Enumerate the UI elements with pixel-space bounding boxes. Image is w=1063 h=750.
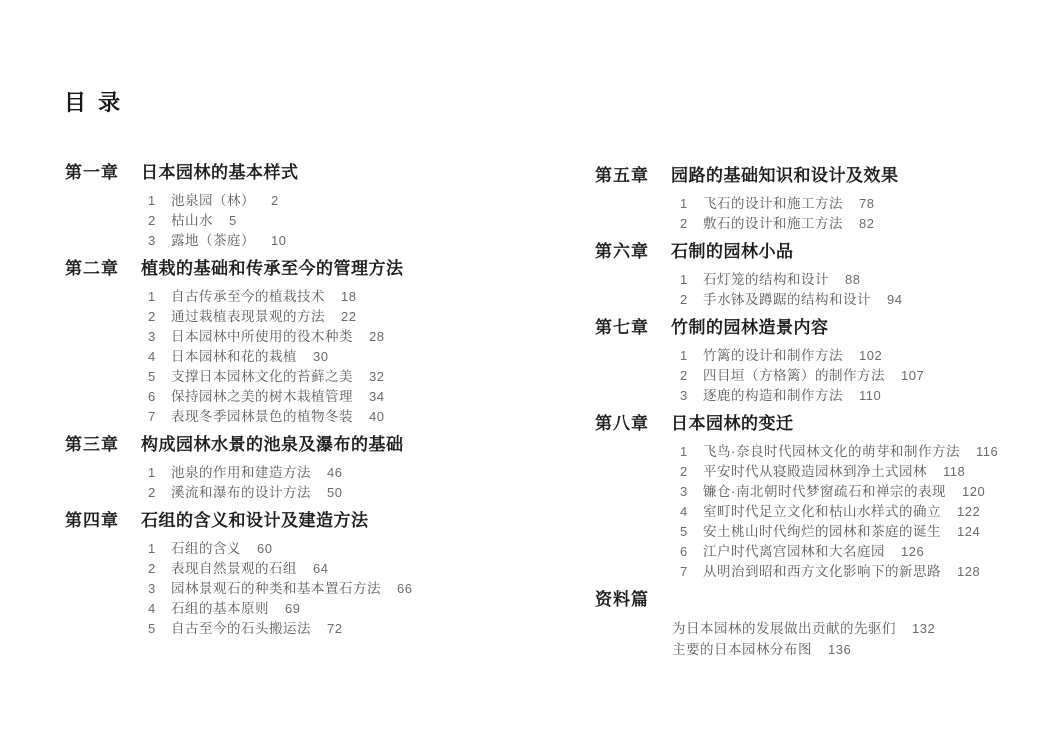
item-page-number: 18 [341,287,356,307]
toc-item: 1自古传承至今的植栽技术18 [148,287,540,307]
toc-section: 资料篇为日本园林的发展做出贡献的先驱们132主要的日本园林分布图136 [595,590,1060,660]
item-number: 2 [148,307,171,327]
item-text: 镰仓·南北朝时代梦窗疏石和禅宗的表现 [703,482,946,502]
item-page-number: 69 [285,599,300,619]
item-text: 石组的基本原则 [171,599,269,619]
toc-item: 3露地（茶庭）10 [148,231,540,251]
item-number: 1 [148,539,171,559]
item-page-number: 110 [859,386,881,406]
item-page-number: 118 [943,462,965,482]
item-page-number: 102 [859,346,882,366]
chapter-label: 第一章 [65,163,141,183]
item-text: 表现自然景观的石组 [171,559,297,579]
section-items: 1石组的含义602表现自然景观的石组643园林景观石的种类和基本置石方法664石… [65,539,540,639]
item-text: 石灯笼的结构和设计 [703,270,829,290]
section-items: 为日本园林的发展做出贡献的先驱们132主要的日本园林分布图136 [595,618,1060,660]
item-number: 2 [148,211,171,231]
chapter-title: 竹制的园林造景内容 [671,318,829,338]
section-items: 1池泉的作用和建造方法462溪流和瀑布的设计方法50 [65,463,540,503]
item-text: 枯山水 [171,211,213,231]
item-page-number: 122 [957,502,980,522]
item-page-number: 28 [369,327,384,347]
chapter-label: 资料篇 [595,590,671,610]
item-text: 飞鸟·奈良时代园林文化的萌芽和制作方法 [703,442,960,462]
item-page-number: 78 [859,194,874,214]
section-head: 第四章石组的含义和设计及建造方法 [65,511,540,531]
item-number: 4 [148,347,171,367]
toc-item: 5自古至今的石头搬运法72 [148,619,540,639]
item-number: 1 [680,270,703,290]
item-text: 敷石的设计和施工方法 [703,214,843,234]
item-text: 日本园林和花的栽植 [171,347,297,367]
item-page-number: 34 [369,387,384,407]
toc-item: 4日本园林和花的栽植30 [148,347,540,367]
chapter-label: 第五章 [595,166,671,186]
section-items: 1飞鸟·奈良时代园林文化的萌芽和制作方法1162平安时代从寝殿造园林到净土式园林… [595,442,1060,582]
toc-item: 1竹篱的设计和制作方法102 [680,346,1060,366]
item-page-number: 40 [369,407,384,427]
toc-section: 第四章石组的含义和设计及建造方法1石组的含义602表现自然景观的石组643园林景… [65,511,540,639]
toc-item: 主要的日本园林分布图136 [672,639,1060,660]
item-text: 手水钵及蹲踞的结构和设计 [703,290,871,310]
item-page-number: 30 [313,347,328,367]
item-number: 2 [680,290,703,310]
toc-item: 1池泉的作用和建造方法46 [148,463,540,483]
toc-item: 3逐鹿的构造和制作方法110 [680,386,1060,406]
section-head: 第五章园路的基础知识和设计及效果 [595,166,1060,186]
toc-item: 3镰仓·南北朝时代梦窗疏石和禅宗的表现120 [680,482,1060,502]
item-page-number: 107 [901,366,924,386]
toc-item: 1飞石的设计和施工方法78 [680,194,1060,214]
item-page-number: 46 [327,463,342,483]
section-items: 1竹篱的设计和制作方法1022四目垣（方格篱）的制作方法1073逐鹿的构造和制作… [595,346,1060,406]
toc-item: 2溪流和瀑布的设计方法50 [148,483,540,503]
chapter-label: 第七章 [595,318,671,338]
item-number: 7 [148,407,171,427]
item-text: 池泉的作用和建造方法 [171,463,311,483]
toc-item: 2敷石的设计和施工方法82 [680,214,1060,234]
item-page-number: 64 [313,559,328,579]
chapter-title: 石制的园林小品 [671,242,794,262]
item-number: 3 [680,386,703,406]
item-text: 自古传承至今的植栽技术 [171,287,325,307]
toc-item: 2手水钵及蹲踞的结构和设计94 [680,290,1060,310]
toc-section: 第六章石制的园林小品1石灯笼的结构和设计882手水钵及蹲踞的结构和设计94 [595,242,1060,310]
toc-item: 2平安时代从寝殿造园林到净土式园林118 [680,462,1060,482]
chapter-title: 石组的含义和设计及建造方法 [141,511,369,531]
item-number: 3 [148,579,171,599]
toc-column-left: 第一章日本园林的基本样式1池泉园（林）22枯山水53露地（茶庭）10第二章植栽的… [65,163,540,647]
toc-item: 1飞鸟·奈良时代园林文化的萌芽和制作方法116 [680,442,1060,462]
item-page-number: 60 [257,539,272,559]
section-head: 第六章石制的园林小品 [595,242,1060,262]
section-head: 第一章日本园林的基本样式 [65,163,540,183]
toc-section: 第一章日本园林的基本样式1池泉园（林）22枯山水53露地（茶庭）10 [65,163,540,251]
chapter-label: 第六章 [595,242,671,262]
item-text: 通过栽植表现景观的方法 [171,307,325,327]
toc-item: 6江户时代离宫园林和大名庭园126 [680,542,1060,562]
chapter-title: 植栽的基础和传承至今的管理方法 [141,259,404,279]
chapter-label: 第八章 [595,414,671,434]
toc-item: 4石组的基本原则69 [148,599,540,619]
item-text: 主要的日本园林分布图 [672,639,812,660]
toc-item: 5安土桃山时代绚烂的园林和茶庭的诞生124 [680,522,1060,542]
section-head: 第三章构成园林水景的池泉及瀑布的基础 [65,435,540,455]
item-text: 自古至今的石头搬运法 [171,619,311,639]
toc-item: 2通过栽植表现景观的方法22 [148,307,540,327]
item-page-number: 94 [887,290,902,310]
chapter-title: 园路的基础知识和设计及效果 [671,166,899,186]
section-items: 1池泉园（林）22枯山水53露地（茶庭）10 [65,191,540,251]
chapter-label: 第二章 [65,259,141,279]
toc-item: 7表现冬季园林景色的植物冬装40 [148,407,540,427]
chapter-label: 第三章 [65,435,141,455]
toc-item: 4室町时代足立文化和枯山水样式的确立122 [680,502,1060,522]
toc-item: 6保持园林之美的树木栽植管理34 [148,387,540,407]
toc-item: 3园林景观石的种类和基本置石方法66 [148,579,540,599]
item-text: 四目垣（方格篱）的制作方法 [703,366,885,386]
item-page-number: 66 [397,579,412,599]
section-head: 第八章日本园林的变迁 [595,414,1060,434]
item-number: 7 [680,562,703,582]
toc-page: 目 录 第一章日本园林的基本样式1池泉园（林）22枯山水53露地（茶庭）10第二… [0,0,1063,750]
section-items: 1石灯笼的结构和设计882手水钵及蹲踞的结构和设计94 [595,270,1060,310]
item-number: 5 [148,367,171,387]
item-text: 园林景观石的种类和基本置石方法 [171,579,381,599]
item-number: 5 [148,619,171,639]
toc-item: 7从明治到昭和西方文化影响下的新思路128 [680,562,1060,582]
toc-item: 1石组的含义60 [148,539,540,559]
item-page-number: 10 [271,231,286,251]
chapter-title: 构成园林水景的池泉及瀑布的基础 [141,435,404,455]
item-page-number: 50 [327,483,342,503]
item-number: 2 [680,214,703,234]
item-number: 3 [680,482,703,502]
item-text: 支撑日本园林文化的苔藓之美 [171,367,353,387]
item-page-number: 32 [369,367,384,387]
item-text: 室町时代足立文化和枯山水样式的确立 [703,502,941,522]
toc-column-right: 第五章园路的基础知识和设计及效果1飞石的设计和施工方法782敷石的设计和施工方法… [595,166,1060,668]
item-number: 2 [148,483,171,503]
item-text: 为日本园林的发展做出贡献的先驱们 [672,618,896,639]
toc-item: 1池泉园（林）2 [148,191,540,211]
item-page-number: 126 [901,542,924,562]
item-page-number: 124 [957,522,980,542]
item-text: 表现冬季园林景色的植物冬装 [171,407,353,427]
item-number: 4 [680,502,703,522]
item-text: 池泉园（林） [171,191,255,211]
toc-item: 5支撑日本园林文化的苔藓之美32 [148,367,540,387]
toc-item: 2四目垣（方格篱）的制作方法107 [680,366,1060,386]
item-page-number: 5 [229,211,237,231]
toc-item: 2表现自然景观的石组64 [148,559,540,579]
item-number: 4 [148,599,171,619]
item-page-number: 82 [859,214,874,234]
item-number: 2 [680,366,703,386]
item-page-number: 72 [327,619,342,639]
item-number: 1 [148,463,171,483]
chapter-title: 日本园林的基本样式 [141,163,299,183]
item-text: 从明治到昭和西方文化影响下的新思路 [703,562,941,582]
item-number: 1 [148,287,171,307]
toc-section: 第三章构成园林水景的池泉及瀑布的基础1池泉的作用和建造方法462溪流和瀑布的设计… [65,435,540,503]
item-number: 2 [680,462,703,482]
item-page-number: 128 [957,562,980,582]
section-items: 1飞石的设计和施工方法782敷石的设计和施工方法82 [595,194,1060,234]
toc-item: 3日本园林中所使用的役木种类28 [148,327,540,347]
item-text: 日本园林中所使用的役木种类 [171,327,353,347]
chapter-title: 日本园林的变迁 [671,414,794,434]
item-text: 石组的含义 [171,539,241,559]
toc-section: 第七章竹制的园林造景内容1竹篱的设计和制作方法1022四目垣（方格篱）的制作方法… [595,318,1060,406]
page-title: 目 录 [64,86,123,117]
item-page-number: 88 [845,270,860,290]
item-text: 逐鹿的构造和制作方法 [703,386,843,406]
item-page-number: 120 [962,482,985,502]
toc-item: 2枯山水5 [148,211,540,231]
section-head: 第七章竹制的园林造景内容 [595,318,1060,338]
toc-item: 1石灯笼的结构和设计88 [680,270,1060,290]
section-items: 1自古传承至今的植栽技术182通过栽植表现景观的方法223日本园林中所使用的役木… [65,287,540,427]
item-page-number: 132 [912,618,935,639]
toc-section: 第二章植栽的基础和传承至今的管理方法1自古传承至今的植栽技术182通过栽植表现景… [65,259,540,427]
item-text: 露地（茶庭） [171,231,255,251]
item-page-number: 116 [976,442,998,462]
item-text: 安土桃山时代绚烂的园林和茶庭的诞生 [703,522,941,542]
item-number: 6 [148,387,171,407]
toc-section: 第八章日本园林的变迁1飞鸟·奈良时代园林文化的萌芽和制作方法1162平安时代从寝… [595,414,1060,582]
item-number: 5 [680,522,703,542]
item-number: 1 [680,194,703,214]
item-text: 平安时代从寝殿造园林到净土式园林 [703,462,927,482]
item-page-number: 22 [341,307,356,327]
chapter-label: 第四章 [65,511,141,531]
item-text: 保持园林之美的树木栽植管理 [171,387,353,407]
section-head: 第二章植栽的基础和传承至今的管理方法 [65,259,540,279]
item-number: 3 [148,327,171,347]
section-head: 资料篇 [595,590,1060,610]
item-page-number: 136 [828,639,851,660]
item-number: 1 [680,442,703,462]
item-number: 1 [680,346,703,366]
item-text: 竹篱的设计和制作方法 [703,346,843,366]
item-number: 6 [680,542,703,562]
item-page-number: 2 [271,191,279,211]
item-text: 飞石的设计和施工方法 [703,194,843,214]
toc-section: 第五章园路的基础知识和设计及效果1飞石的设计和施工方法782敷石的设计和施工方法… [595,166,1060,234]
item-text: 溪流和瀑布的设计方法 [171,483,311,503]
item-number: 1 [148,191,171,211]
item-number: 2 [148,559,171,579]
item-number: 3 [148,231,171,251]
toc-item: 为日本园林的发展做出贡献的先驱们132 [672,618,1060,639]
item-text: 江户时代离宫园林和大名庭园 [703,542,885,562]
